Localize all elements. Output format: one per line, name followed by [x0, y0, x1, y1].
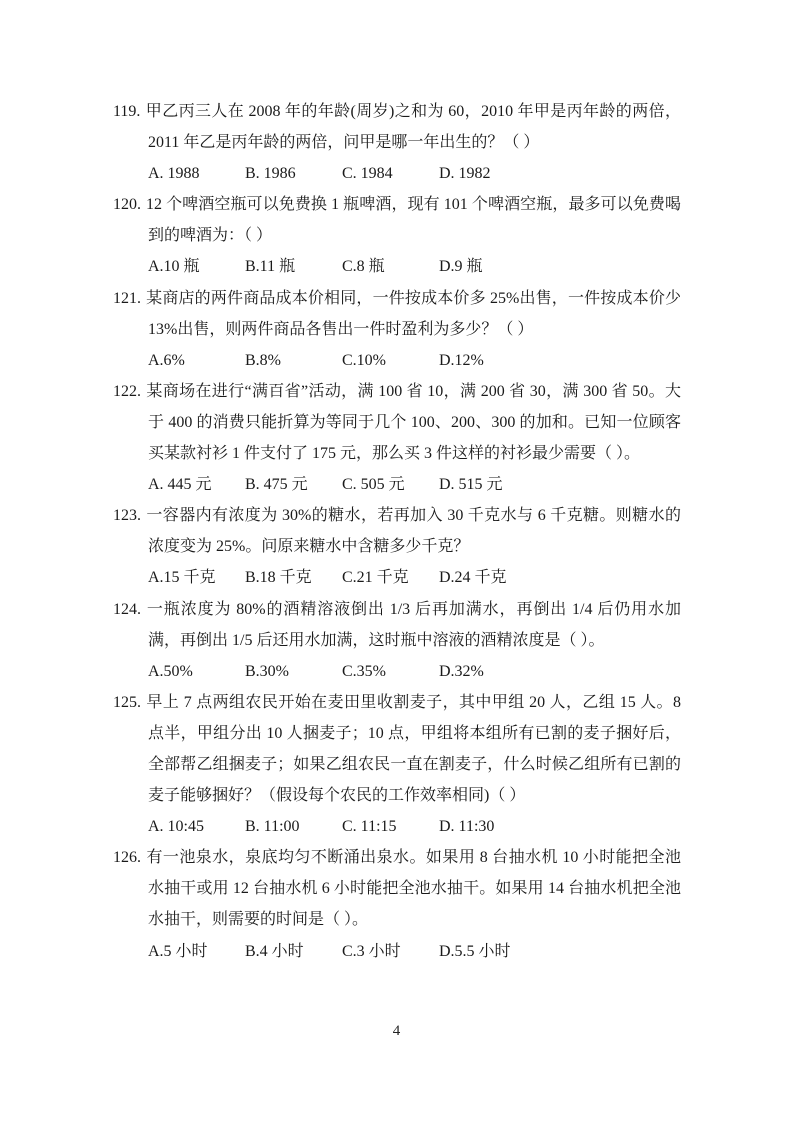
option-c: C. 505 元: [342, 469, 439, 500]
question-body: 某商店的两件商品成本价相同，一件按成本价多 25%出售，一件按成本价少 13%出…: [146, 290, 681, 338]
question-body: 甲乙丙三人在 2008 年的年龄(周岁)之和为 60，2010 年甲是丙年龄的两…: [145, 103, 681, 151]
option-c: C.8 瓶: [342, 251, 439, 282]
question-124: 124.一瓶浓度为 80%的酒精溶液倒出 1/3 后再加满水，再倒出 1/4 后…: [113, 594, 681, 687]
question-number: 125.: [113, 694, 141, 711]
questions-block: 119.甲乙丙三人在 2008 年的年龄(周岁)之和为 60，2010 年甲是丙…: [113, 96, 681, 967]
question-number: 121.: [113, 290, 141, 307]
option-c: C. 1984: [342, 158, 439, 189]
question-text: 119.甲乙丙三人在 2008 年的年龄(周岁)之和为 60，2010 年甲是丙…: [113, 96, 681, 158]
question-120: 120.12 个啤酒空瓶可以免费换 1 瓶啤酒，现有 101 个啤酒空瓶，最多可…: [113, 189, 681, 282]
option-b: B. 475 元: [245, 469, 342, 500]
question-number: 123.: [113, 507, 141, 524]
option-b: B. 1986: [245, 158, 342, 189]
question-options: A.6%B.8%C.10%D.12%: [113, 345, 681, 376]
option-a: A.6%: [148, 345, 245, 376]
option-a: A.10 瓶: [148, 251, 245, 282]
exam-page: 119.甲乙丙三人在 2008 年的年龄(周岁)之和为 60，2010 年甲是丙…: [0, 0, 793, 1122]
question-123: 123.一容器内有浓度为 30%的糖水，若再加入 30 千克水与 6 千克糖。则…: [113, 500, 681, 593]
question-options: A. 445 元B. 475 元C. 505 元D. 515 元: [113, 469, 681, 500]
option-c: C.21 千克: [342, 562, 439, 593]
question-body: 一瓶浓度为 80%的酒精溶液倒出 1/3 后再加满水，再倒出 1/4 后仍用水加…: [146, 601, 681, 649]
question-options: A. 10:45B. 11:00C. 11:15D. 11:30: [113, 811, 681, 842]
question-body: 某商场在进行“满百省”活动，满 100 省 10，满 200 省 30，满 30…: [146, 383, 681, 462]
question-text: 124.一瓶浓度为 80%的酒精溶液倒出 1/3 后再加满水，再倒出 1/4 后…: [113, 594, 681, 656]
option-a: A.50%: [148, 656, 245, 687]
option-d: D.24 千克: [439, 562, 507, 593]
question-options: A. 1988B. 1986C. 1984D. 1982: [113, 158, 681, 189]
option-b: B. 11:00: [245, 811, 342, 842]
option-c: C.35%: [342, 656, 439, 687]
question-options: A.5 小时B.4 小时C.3 小时D.5.5 小时: [113, 936, 681, 967]
option-a: A. 445 元: [148, 469, 245, 500]
question-text: 126.有一池泉水，泉底均匀不断涌出泉水。如果用 8 台抽水机 10 小时能把全…: [113, 842, 681, 935]
question-body: 一容器内有浓度为 30%的糖水，若再加入 30 千克水与 6 千克糖。则糖水的浓…: [146, 507, 681, 555]
option-d: D. 515 元: [439, 469, 503, 500]
question-options: A.50%B.30%C.35%D.32%: [113, 656, 681, 687]
option-c: C. 11:15: [342, 811, 439, 842]
question-125: 125.早上 7 点两组农民开始在麦田里收割麦子，其中甲组 20 人，乙组 15…: [113, 687, 681, 842]
option-b: B.8%: [245, 345, 342, 376]
question-number: 119.: [113, 103, 140, 120]
option-a: A. 1988: [148, 158, 245, 189]
option-d: D.9 瓶: [439, 251, 483, 282]
option-d: D. 11:30: [439, 811, 494, 842]
option-d: D. 1982: [439, 158, 491, 189]
question-number: 126.: [113, 849, 141, 866]
option-b: B.30%: [245, 656, 342, 687]
question-121: 121.某商店的两件商品成本价相同，一件按成本价多 25%出售，一件按成本价少 …: [113, 283, 681, 376]
question-text: 120.12 个啤酒空瓶可以免费换 1 瓶啤酒，现有 101 个啤酒空瓶，最多可…: [113, 189, 681, 251]
question-122: 122.某商场在进行“满百省”活动，满 100 省 10，满 200 省 30，…: [113, 376, 681, 500]
question-body: 早上 7 点两组农民开始在麦田里收割麦子，其中甲组 20 人，乙组 15 人。8…: [146, 694, 681, 804]
option-c: C.10%: [342, 345, 439, 376]
option-b: B.18 千克: [245, 562, 342, 593]
question-text: 125.早上 7 点两组农民开始在麦田里收割麦子，其中甲组 20 人，乙组 15…: [113, 687, 681, 811]
question-number: 120.: [113, 196, 141, 213]
question-body: 12 个啤酒空瓶可以免费换 1 瓶啤酒，现有 101 个啤酒空瓶，最多可以免费喝…: [146, 196, 681, 244]
question-number: 124.: [113, 601, 141, 618]
question-text: 121.某商店的两件商品成本价相同，一件按成本价多 25%出售，一件按成本价少 …: [113, 283, 681, 345]
question-text: 122.某商场在进行“满百省”活动，满 100 省 10，满 200 省 30，…: [113, 376, 681, 469]
question-126: 126.有一池泉水，泉底均匀不断涌出泉水。如果用 8 台抽水机 10 小时能把全…: [113, 842, 681, 966]
option-a: A.15 千克: [148, 562, 245, 593]
option-d: D.12%: [439, 345, 484, 376]
question-number: 122.: [113, 383, 141, 400]
option-d: D.5.5 小时: [439, 936, 511, 967]
question-body: 有一池泉水，泉底均匀不断涌出泉水。如果用 8 台抽水机 10 小时能把全池水抽干…: [146, 849, 681, 928]
option-c: C.3 小时: [342, 936, 439, 967]
option-d: D.32%: [439, 656, 484, 687]
question-options: A.15 千克B.18 千克C.21 千克D.24 千克: [113, 562, 681, 593]
option-b: B.11 瓶: [245, 251, 342, 282]
option-a: A.5 小时: [148, 936, 245, 967]
question-options: A.10 瓶B.11 瓶C.8 瓶D.9 瓶: [113, 251, 681, 282]
option-b: B.4 小时: [245, 936, 342, 967]
question-text: 123.一容器内有浓度为 30%的糖水，若再加入 30 千克水与 6 千克糖。则…: [113, 500, 681, 562]
option-a: A. 10:45: [148, 811, 245, 842]
page-number: 4: [0, 1021, 793, 1041]
question-119: 119.甲乙丙三人在 2008 年的年龄(周岁)之和为 60，2010 年甲是丙…: [113, 96, 681, 189]
